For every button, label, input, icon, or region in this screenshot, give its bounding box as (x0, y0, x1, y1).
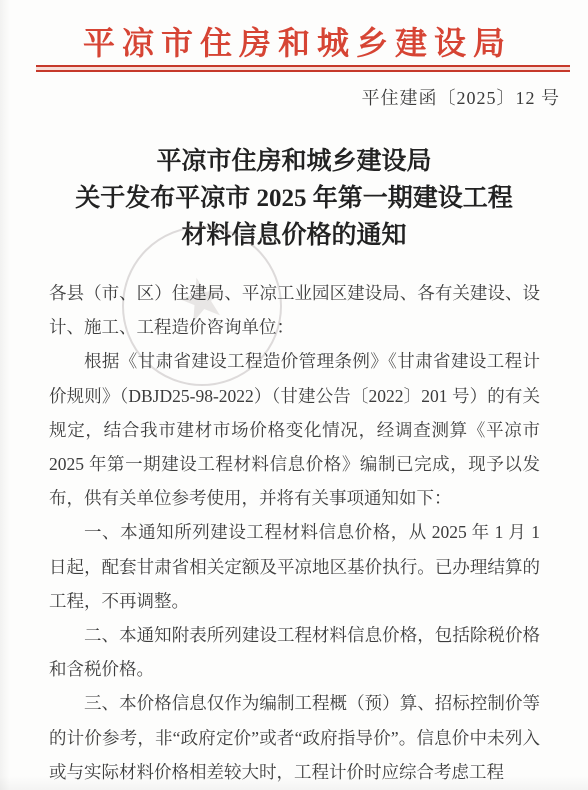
agency-name-header: 平凉市住房和城乡建设局 (0, 18, 588, 64)
body-paragraph-item-1: 一、本通知所列建设工程材料信息价格，从 2025 年 1 月 1 日起，配套甘肃… (49, 515, 540, 618)
body-paragraph-intro: 根据《甘肃省建设工程造价管理条例》《甘肃省建设工程计价规则》（DBJD25-98… (49, 344, 540, 515)
document-title: 平凉市住房和城乡建设局 关于发布平凉市 2025 年第一期建设工程 材料信息价格… (0, 143, 588, 254)
header-divider-rule (36, 65, 570, 72)
body-paragraph-item-2: 二、本通知附表所列建设工程材料信息价格，包括除税价格和含税价格。 (49, 618, 540, 686)
document-page: 平凉市住房和城乡建设局 平住建函〔2025〕12 号 平凉市住房和城乡建设局 关… (0, 0, 588, 790)
body-paragraph-salutation: 各县（市、区）住建局、平凉工业园区建设局、各有关建设、设计、施工、工程造价咨询单… (49, 276, 540, 344)
document-title-line-2: 关于发布平凉市 2025 年第一期建设工程 (0, 180, 588, 217)
document-title-line-1: 平凉市住房和城乡建设局 (0, 143, 588, 180)
document-title-line-3: 材料信息价格的通知 (0, 217, 588, 254)
document-body: 各县（市、区）住建局、平凉工业园区建设局、各有关建设、设计、施工、工程造价咨询单… (49, 276, 540, 789)
body-paragraph-item-3: 三、本价格信息仅作为编制工程概（预）算、招标控制价等的计价参考，非“政府定价”或… (49, 686, 540, 789)
document-number: 平住建函〔2025〕12 号 (362, 84, 561, 110)
